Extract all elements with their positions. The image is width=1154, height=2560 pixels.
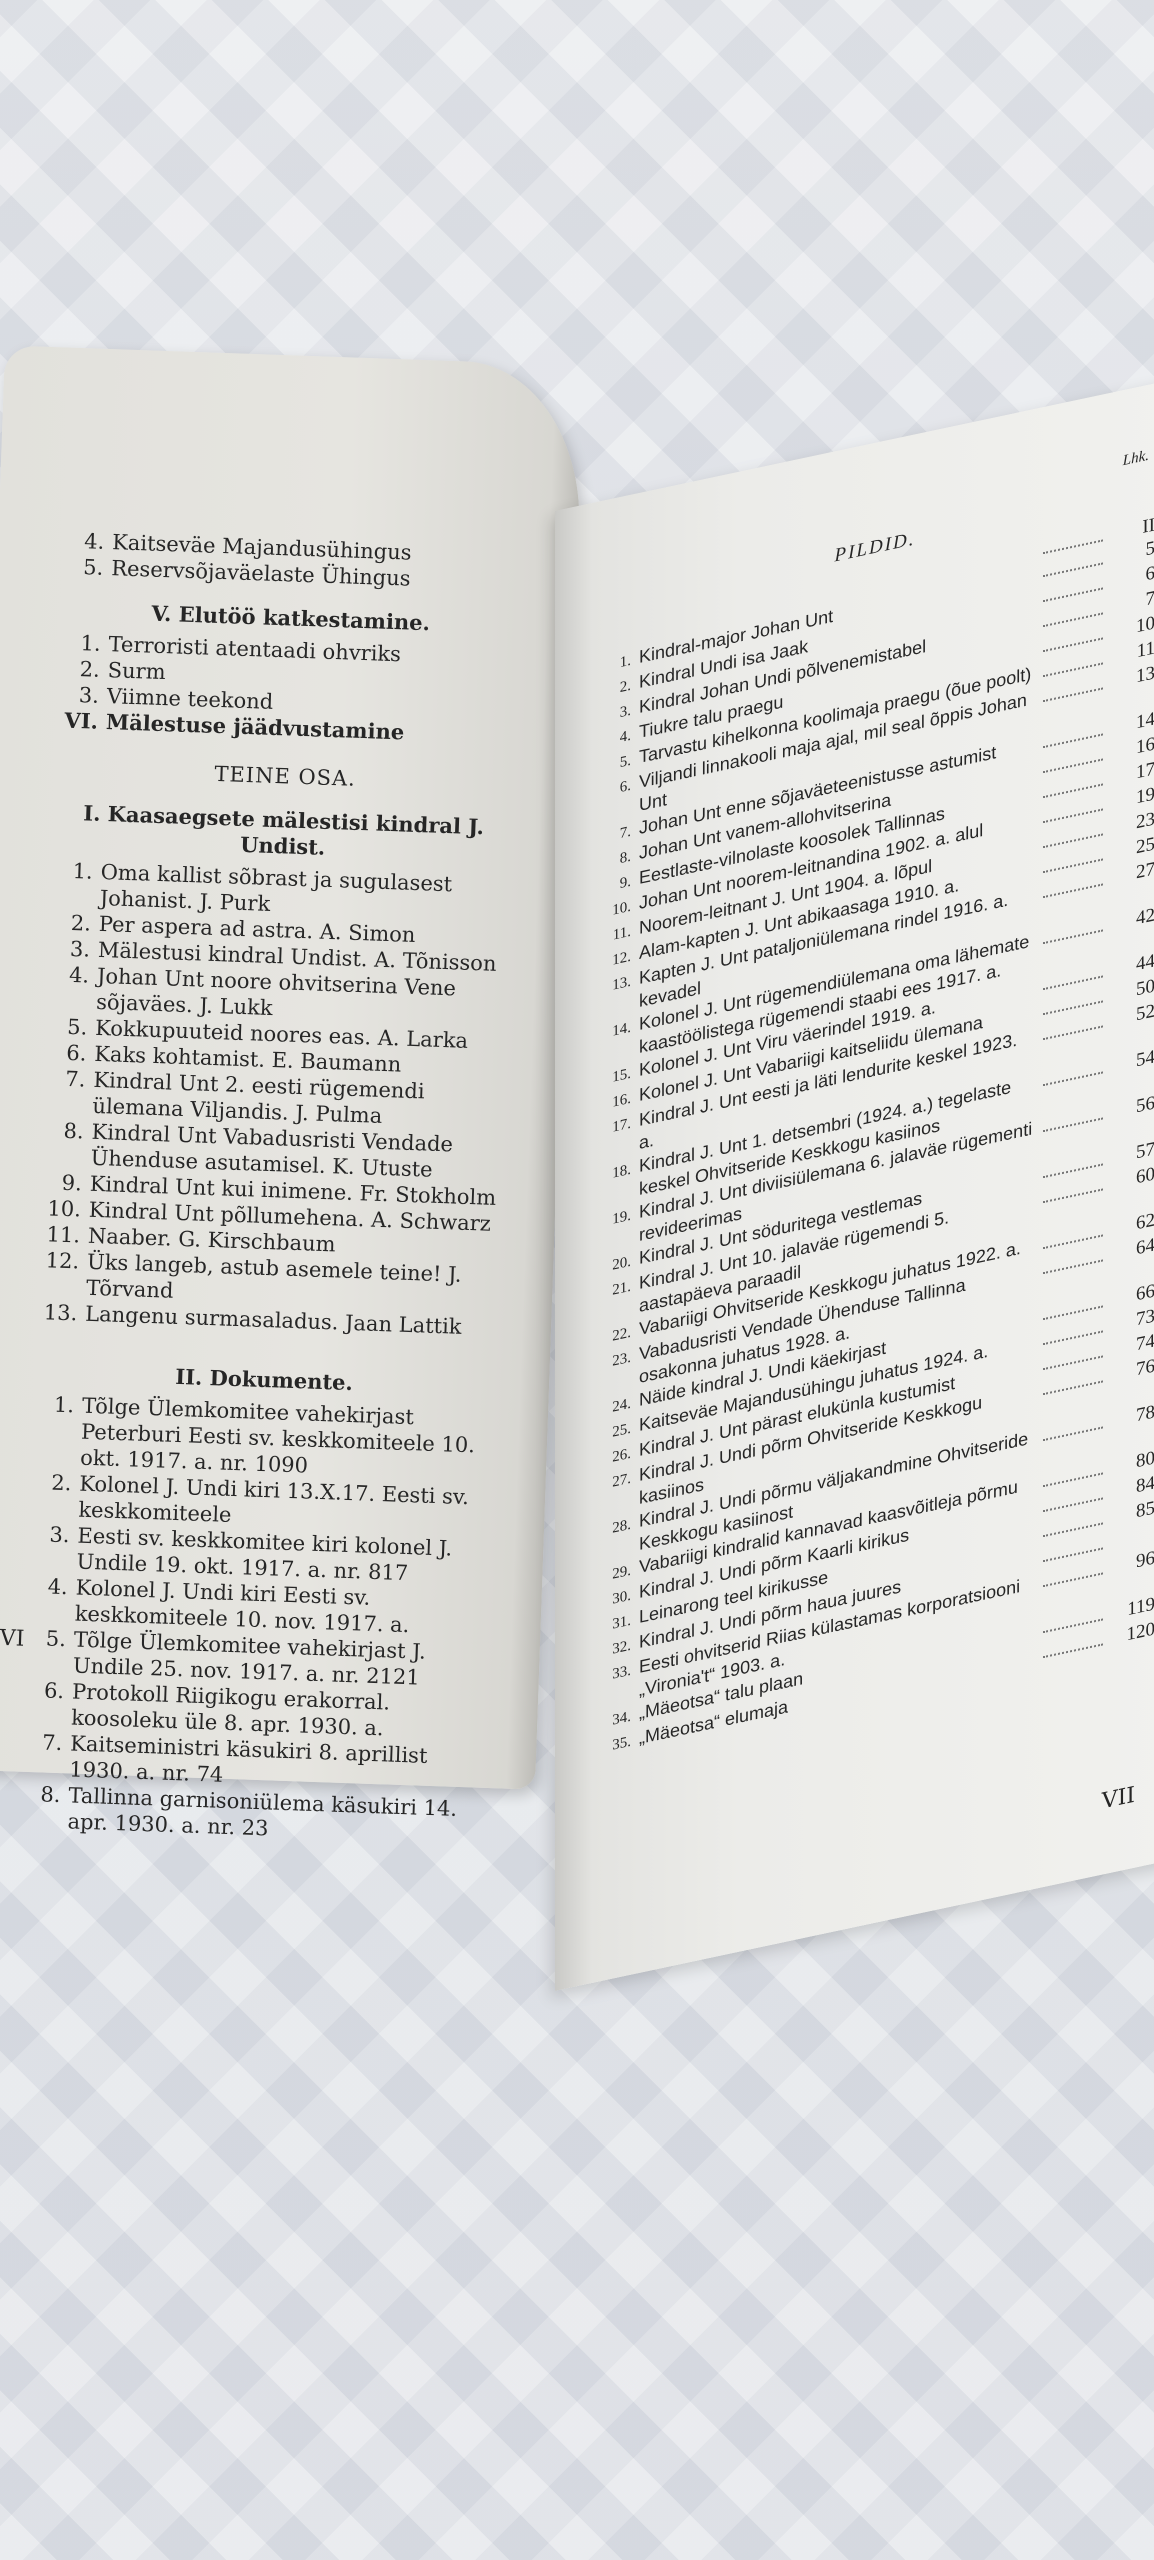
- item-number: 14.: [595, 1015, 639, 1047]
- item-number: 8.: [14, 1781, 61, 1809]
- item-number: 8.: [37, 1117, 84, 1145]
- item-number: 2.: [25, 1469, 72, 1497]
- leader-dots: [1043, 1426, 1103, 1441]
- item-number: 2.: [53, 655, 100, 683]
- leader-dots: [1043, 1117, 1103, 1132]
- item-text: Tõlge Ülemkomitee vahekirjast Peterburi …: [80, 1393, 498, 1485]
- leader-dots: [1043, 1259, 1103, 1274]
- item-number: 9.: [35, 1169, 82, 1197]
- item-number: 3.: [23, 1521, 70, 1549]
- item-number: 5.: [41, 1013, 88, 1041]
- leader-dots: [1043, 1572, 1103, 1587]
- item-number: 6.: [40, 1039, 87, 1067]
- item-number: 1.: [28, 1391, 75, 1419]
- item-number: 11.: [34, 1221, 81, 1249]
- illustrations-list: Lhk. PILDID. II1.Kindral-major Johan Unt…: [595, 443, 1154, 1761]
- item-number: 5.: [19, 1625, 66, 1653]
- section-i-list: 1.Oma kallist sõbrast ja sugulasest Joha…: [31, 857, 517, 1341]
- item-number: 10.: [35, 1195, 82, 1223]
- item-number: VI.: [52, 707, 99, 735]
- item-number: 13.: [31, 1299, 78, 1327]
- item-number: 7.: [16, 1729, 63, 1757]
- leader-dots: [1043, 1025, 1103, 1040]
- leader-dots: [1043, 1188, 1103, 1203]
- item-number: 4.: [43, 961, 90, 989]
- item-number: 5.: [57, 553, 104, 581]
- leader-dots: [1043, 1071, 1103, 1086]
- leader-dots: [1043, 687, 1103, 702]
- item-number: 4.: [21, 1573, 68, 1601]
- page-number-left: VI: [0, 1626, 25, 1652]
- item-number: 3.: [44, 935, 91, 963]
- part-two-title: TEINE OSA.: [50, 755, 521, 797]
- item-number: 1.: [54, 629, 101, 657]
- item-number: 3.: [52, 681, 99, 709]
- item-number: 12.: [33, 1247, 80, 1275]
- item-number: 19.: [595, 1203, 639, 1235]
- section-i-title: I. Kaasaegsete mälestisi kindral J. Undi…: [47, 799, 519, 867]
- leader-dots: [1043, 1380, 1103, 1395]
- book-photo: 4. Kaitseväe Majandusühingus 5. Reservsõ…: [0, 0, 1154, 2560]
- item-number: 1.: [46, 857, 93, 885]
- leader-dots: [1043, 883, 1103, 898]
- item-number: 2.: [44, 909, 91, 937]
- page-number: [1109, 1538, 1154, 1548]
- right-page: Lhk. PILDID. II1.Kindral-major Johan Unt…: [555, 379, 1154, 1991]
- item-number: 18.: [595, 1157, 639, 1189]
- left-page-toc: 4. Kaitseväe Majandusühingus 5. Reservsõ…: [13, 527, 528, 1849]
- item-number: 28.: [595, 1512, 639, 1544]
- leader-dots: [1043, 929, 1103, 944]
- leader-dots: [1043, 1643, 1103, 1658]
- page-number-right: VII: [1102, 1783, 1135, 1815]
- illustrations-rows: II1.Kindral-major Johan Unt52.Kindral Un…: [595, 513, 1154, 1761]
- item-number: 7.: [39, 1065, 86, 1093]
- item-number: 6.: [18, 1677, 65, 1705]
- section-ii-list: 1.Tõlge Ülemkomitee vahekirjast Peterbur…: [13, 1391, 498, 1849]
- left-page: 4. Kaitseväe Majandusühingus 5. Reservsõ…: [0, 345, 585, 1789]
- item-number: 4.: [58, 527, 105, 555]
